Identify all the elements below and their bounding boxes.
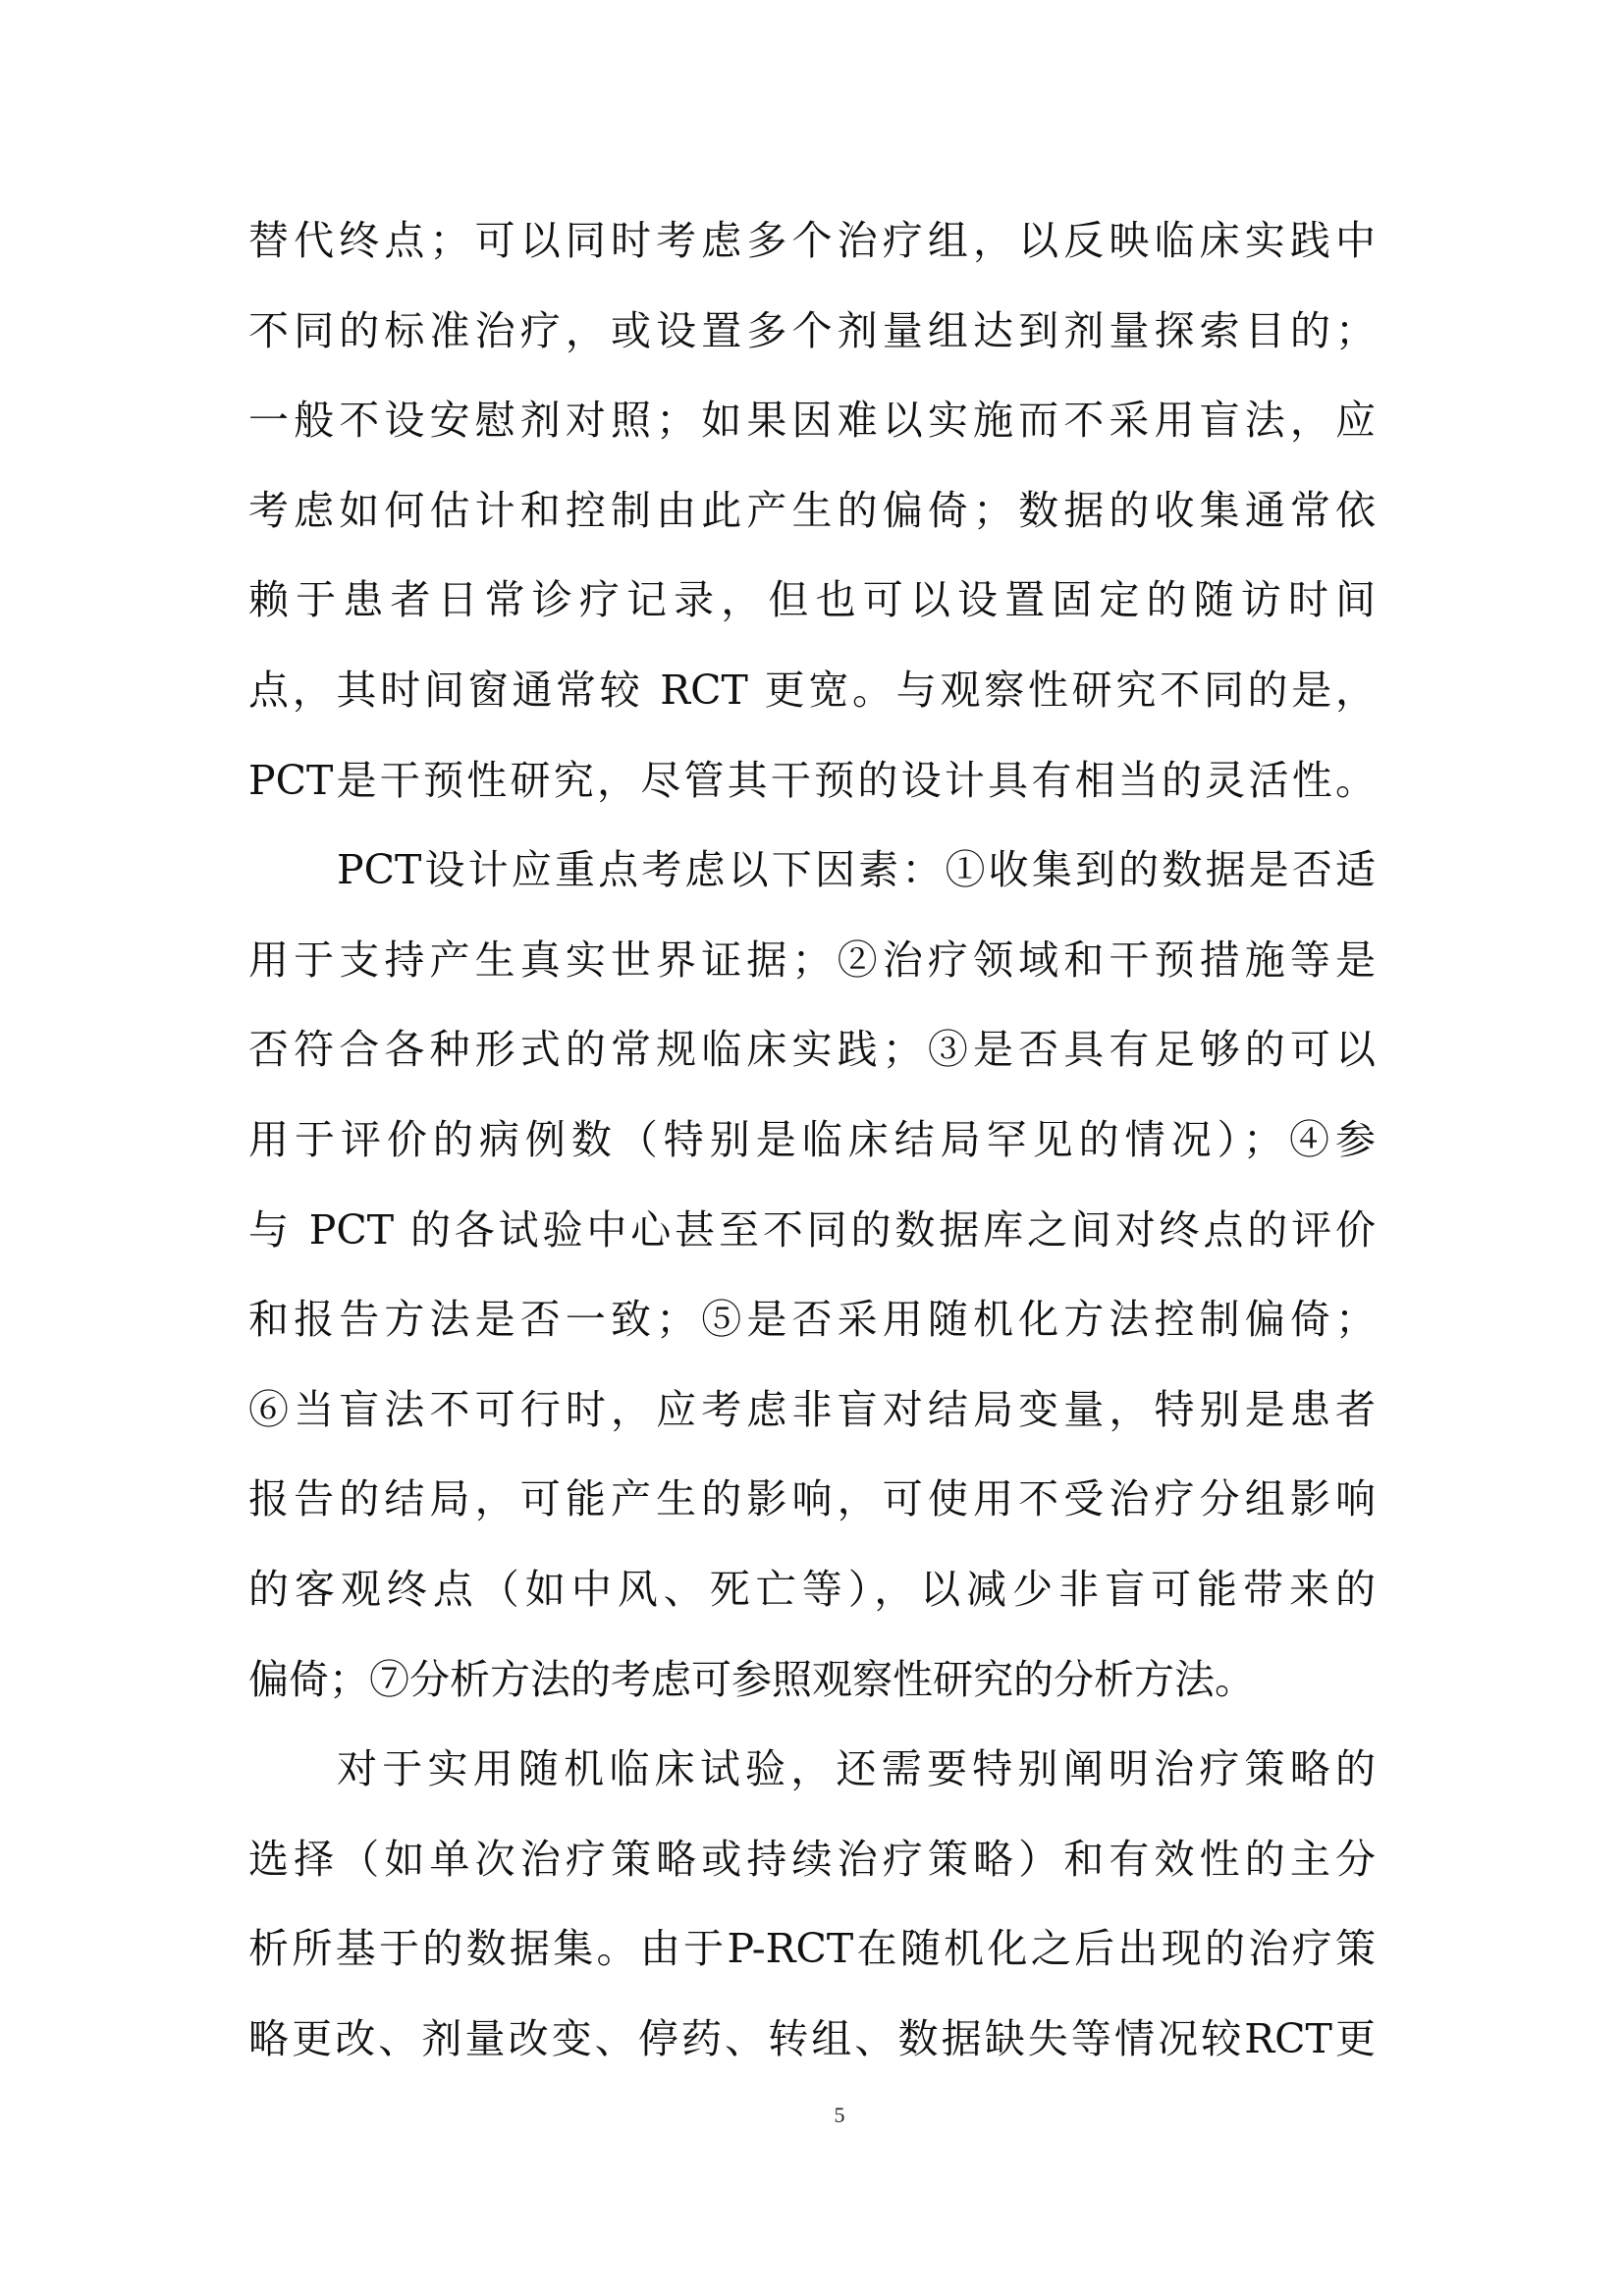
text-line: 考虑如何估计和控制由此产生的偏倚；数据的收集通常依 [248,466,1376,557]
text-line: 用于支持产生真实世界证据；②治疗领域和干预措施等是 [248,916,1376,1006]
text-line: 略更改、剂量改变、停药、转组、数据缺失等情况较RCT更 [248,1995,1376,2085]
body-text: 替代终点；可以同时考虑多个治疗组，以反映临床实践中 不同的标准治疗，或设置多个剂… [248,196,1376,2084]
text-line: 不同的标准治疗，或设置多个剂量组达到剂量探索目的； [248,287,1376,377]
text-line: 点，其时间窗通常较 RCT 更宽。与观察性研究不同的是， [248,646,1376,736]
text-line: 赖于患者日常诊疗记录，但也可以设置固定的随访时间 [248,556,1376,646]
paragraph-1: 替代终点；可以同时考虑多个治疗组，以反映临床实践中 不同的标准治疗，或设置多个剂… [248,196,1376,826]
document-page: 替代终点；可以同时考虑多个治疗组，以反映临床实践中 不同的标准治疗，或设置多个剂… [0,0,1624,2296]
text-line: 选择（如单次治疗策略或持续治疗策略）和有效性的主分 [248,1815,1376,1905]
text-line: 与 PCT 的各试验中心甚至不同的数据库之间对终点的评价 [248,1186,1376,1276]
text-line: 一般不设安慰剂对照；如果因难以实施而不采用盲法，应 [248,376,1376,466]
text-line: 报告的结局，可能产生的影响，可使用不受治疗分组影响 [248,1455,1376,1545]
text-line: 的客观终点（如中风、死亡等），以减少非盲可能带来的 [248,1545,1376,1635]
text-line: 偏倚；⑦分析方法的考虑可参照观察性研究的分析方法。 [248,1635,1376,1726]
text-line: ⑥当盲法不可行时，应考虑非盲对结局变量，特别是患者 [248,1365,1376,1456]
text-line: 替代终点；可以同时考虑多个治疗组，以反映临床实践中 [248,196,1376,287]
text-line-indented: PCT设计应重点考虑以下因素：①收集到的数据是否适 [248,826,1376,916]
text-line: 否符合各种形式的常规临床实践；③是否具有足够的可以 [248,1005,1376,1095]
text-line: 和报告方法是否一致；⑤是否采用随机化方法控制偏倚； [248,1275,1376,1365]
text-line: 析所基于的数据集。由于P-RCT在随机化之后出现的治疗策 [248,1904,1376,1995]
page-number: 5 [825,2103,854,2128]
paragraph-3: 对于实用随机临床试验，还需要特别阐明治疗策略的 选择（如单次治疗策略或持续治疗策… [248,1725,1376,2084]
paragraph-2: PCT设计应重点考虑以下因素：①收集到的数据是否适 用于支持产生真实世界证据；②… [248,826,1376,1725]
text-line: PCT是干预性研究，尽管其干预的设计具有相当的灵活性。 [248,736,1376,827]
text-line: 用于评价的病例数（特别是临床结局罕见的情况）；④参 [248,1095,1376,1186]
text-line-indented: 对于实用随机临床试验，还需要特别阐明治疗策略的 [248,1725,1376,1815]
